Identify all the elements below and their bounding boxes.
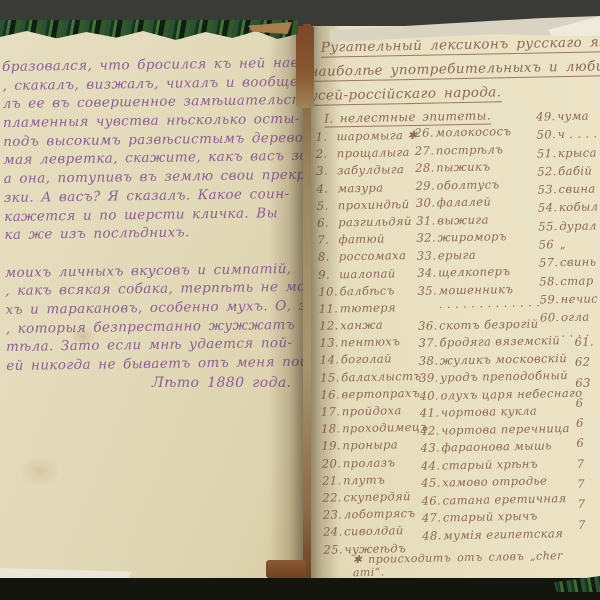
photo-background-bottom bbox=[0, 578, 600, 600]
entry-number: 30. bbox=[416, 196, 437, 210]
entry-number: 54. bbox=[538, 201, 559, 215]
entry-number: 59. bbox=[540, 292, 561, 306]
entry-text: скотъ безрогій bbox=[439, 316, 539, 332]
entry-text: жуликъ московскій bbox=[440, 351, 567, 367]
lexicon-title-line-2: наиболѣе употребительныхъ и любимыхъ bbox=[311, 57, 600, 81]
epithet-entry: 55.дурал bbox=[538, 218, 599, 237]
cropped-entry-number: 7 bbox=[577, 477, 597, 498]
marbled-cover-corner bbox=[554, 576, 600, 592]
entry-text: ч . . . . bbox=[557, 127, 597, 142]
entry-number: 47. bbox=[422, 510, 443, 524]
cropped-entry-number: 63 bbox=[575, 375, 595, 396]
entry-number: 50. bbox=[536, 127, 557, 141]
handwritten-line: ей никогда не бываетъ отъ меня пощады. bbox=[6, 353, 303, 376]
entry-text: крыса bbox=[558, 145, 597, 160]
entry-text: мошенникъ bbox=[438, 282, 513, 297]
entry-text: пролазъ bbox=[343, 455, 396, 470]
entry-number: 52. bbox=[537, 164, 558, 178]
entry-number: 42. bbox=[420, 423, 441, 437]
entry-text: выжига bbox=[437, 212, 489, 227]
entry-text: олухъ царя небеснаго bbox=[440, 385, 582, 402]
entry-number: 45. bbox=[421, 475, 442, 489]
entry-number: 43. bbox=[420, 440, 441, 454]
cropped-entry-number: 62 bbox=[575, 355, 595, 376]
paper-stain bbox=[20, 456, 60, 486]
right-page: Ругательный лексиконъ русскаго язы наибо… bbox=[311, 26, 600, 578]
epithet-column-3-cropped-numbers: 61.62636667777 bbox=[574, 335, 597, 538]
epithet-entry: 58.стар bbox=[539, 273, 600, 292]
entry-text: прохиндѣй bbox=[338, 197, 410, 212]
spine-leather-bottom bbox=[266, 560, 306, 578]
entry-text: пыжикъ bbox=[436, 159, 490, 174]
entry-number: 58. bbox=[539, 274, 560, 288]
entry-number: 49. bbox=[536, 109, 557, 123]
entry-text: балбѣсъ bbox=[339, 283, 395, 298]
entry-number: 37. bbox=[418, 335, 439, 349]
entry-text: свина bbox=[558, 182, 595, 197]
entry-text: ерыга bbox=[438, 247, 476, 262]
epithet-entry: 54.кобыл bbox=[538, 200, 599, 219]
entry-number: 34. bbox=[417, 266, 438, 280]
entry-number: 55. bbox=[538, 219, 559, 233]
epithet-entry: 59.нечис bbox=[540, 291, 600, 310]
entry-number: 36. bbox=[418, 318, 439, 332]
cropped-entry-number: 7 bbox=[578, 517, 598, 538]
entry-text: стар bbox=[560, 273, 593, 288]
entry-text: бабій bbox=[558, 163, 592, 178]
entry-text: мумія египетская bbox=[443, 526, 563, 542]
entry-text: чортова кукла bbox=[441, 404, 538, 420]
entry-number: 56 bbox=[539, 237, 560, 251]
cropped-entry-number: 6 bbox=[576, 416, 596, 437]
entry-text: нечис bbox=[561, 291, 599, 306]
epithet-entry: 53.свина bbox=[537, 182, 598, 201]
entry-number: 33. bbox=[417, 248, 438, 262]
cropped-entry-number: 7 bbox=[577, 497, 597, 518]
cropped-entry-number: 61. bbox=[574, 335, 594, 356]
entry-text: огла bbox=[561, 310, 590, 325]
entry-text: кобыл bbox=[559, 200, 599, 215]
entry-number: 41. bbox=[420, 405, 441, 419]
entry-text: вертопрахъ bbox=[341, 386, 420, 402]
epithet-entry: 57.свинь bbox=[539, 255, 600, 274]
entry-text: молокососъ bbox=[435, 124, 511, 139]
epithet-entry: 51.крыса bbox=[537, 145, 598, 164]
entry-text: проныра bbox=[342, 438, 398, 453]
entry-text: скупердяй bbox=[343, 489, 411, 504]
entry-number: 44. bbox=[421, 458, 442, 472]
cropped-entry-number: 6 bbox=[576, 436, 596, 457]
entry-text: боголай bbox=[341, 352, 392, 367]
spine-leather-top bbox=[296, 26, 314, 108]
entry-text: старый хрѣнъ bbox=[442, 456, 538, 472]
entry-number: 46. bbox=[421, 493, 442, 507]
epithet-entry: 60.огла bbox=[540, 310, 600, 329]
entry-text: фараонова мышь bbox=[441, 438, 552, 454]
entry-number: 38. bbox=[419, 353, 440, 367]
entry-number: 40. bbox=[419, 388, 440, 402]
gutter-shadow bbox=[268, 26, 303, 578]
entry-number: 57. bbox=[539, 256, 560, 270]
entry-text: чортова перечница bbox=[441, 421, 570, 437]
footnote: ✱ происходитъ отъ словъ „cher ami“. bbox=[353, 548, 600, 578]
entry-text: пройдоха bbox=[342, 403, 402, 418]
entry-text: тютеря bbox=[340, 300, 396, 315]
entry-text: забулдыга bbox=[337, 163, 404, 178]
entry-text: мазура bbox=[337, 180, 383, 195]
entry-text: оболтусъ bbox=[436, 177, 499, 192]
entry-number: 51. bbox=[537, 146, 558, 160]
entry-number: 32. bbox=[416, 231, 437, 245]
entry-text: хамово отродье bbox=[442, 473, 547, 489]
entry-text: плутъ bbox=[343, 472, 385, 487]
entry-text: пентюхъ bbox=[340, 334, 400, 349]
entry-text: дурал bbox=[559, 218, 597, 233]
epithet-entry: 52.бабій bbox=[537, 163, 598, 182]
entry-text: лоботрясъ bbox=[344, 506, 416, 521]
entry-text: сатана еретичная bbox=[442, 491, 566, 507]
entry-text: шалопай bbox=[339, 266, 396, 281]
entry-number: 60. bbox=[540, 310, 561, 324]
entry-text: свинь bbox=[560, 255, 597, 270]
entry-number: 35. bbox=[417, 283, 438, 297]
gutter-shadow bbox=[311, 26, 341, 578]
entry-text: прощалыга bbox=[337, 145, 410, 160]
entry-text: ханжа bbox=[340, 318, 383, 333]
entry-text: жироморъ bbox=[437, 229, 507, 244]
entry-text: пострѣлъ bbox=[436, 142, 504, 157]
epithet-entry: 56„ bbox=[539, 236, 600, 255]
entry-number: 48. bbox=[422, 528, 443, 542]
entry-number: 27. bbox=[415, 143, 436, 157]
entry-text: чума bbox=[557, 109, 589, 124]
entry-text: старый хрычъ bbox=[443, 509, 538, 525]
right-page-content: Ругательный лексиконъ русскаго язы наибо… bbox=[311, 26, 600, 578]
entry-text: шаромыга ✱ bbox=[336, 128, 417, 144]
entry-number: 31. bbox=[416, 213, 437, 227]
epithet-entry: 50.ч . . . . bbox=[536, 127, 597, 146]
epithet-entry: 49.чума bbox=[536, 108, 597, 127]
entry-text: разгильдяй bbox=[338, 214, 412, 229]
entry-text: фалалей bbox=[437, 194, 492, 209]
entry-text: уродъ преподобный bbox=[440, 368, 568, 384]
entry-text: проходимецъ bbox=[342, 420, 428, 436]
entry-number: 28. bbox=[415, 161, 436, 175]
entry-number: 29. bbox=[415, 178, 436, 192]
left-page-text: бразовался, что бросился къ ней навзры-,… bbox=[2, 54, 303, 376]
entry-text: щелкоперъ bbox=[438, 264, 511, 279]
entry-text: россомаха bbox=[339, 248, 407, 263]
entry-number: 53. bbox=[537, 182, 558, 196]
entry-text: балахлыстъ bbox=[341, 368, 422, 384]
entry-text: фатюй bbox=[338, 232, 385, 247]
title-text: наиболѣе употребительныхъ и любимыхъ bbox=[311, 57, 600, 81]
entry-text: · · · · · · · · · · · · · bbox=[439, 299, 541, 315]
epithet-column-3: 49.чума50.ч . . . .51.крыса52.бабій53.св… bbox=[536, 108, 600, 347]
entry-number: 26. bbox=[414, 126, 435, 140]
cropped-entry-number: 6 bbox=[576, 395, 596, 416]
entry-text: „ bbox=[560, 237, 567, 251]
entry-number: 39. bbox=[419, 370, 440, 384]
entry-text: сиволдай bbox=[344, 524, 404, 539]
scanned-notebook-photo: бразовался, что бросился къ ней навзры-,… bbox=[0, 0, 600, 600]
left-page: бразовался, что бросился къ ней навзры-,… bbox=[0, 26, 303, 578]
epithet-entry: 48.мумія египетская bbox=[422, 525, 585, 546]
cropped-entry-number: 7 bbox=[577, 456, 597, 477]
